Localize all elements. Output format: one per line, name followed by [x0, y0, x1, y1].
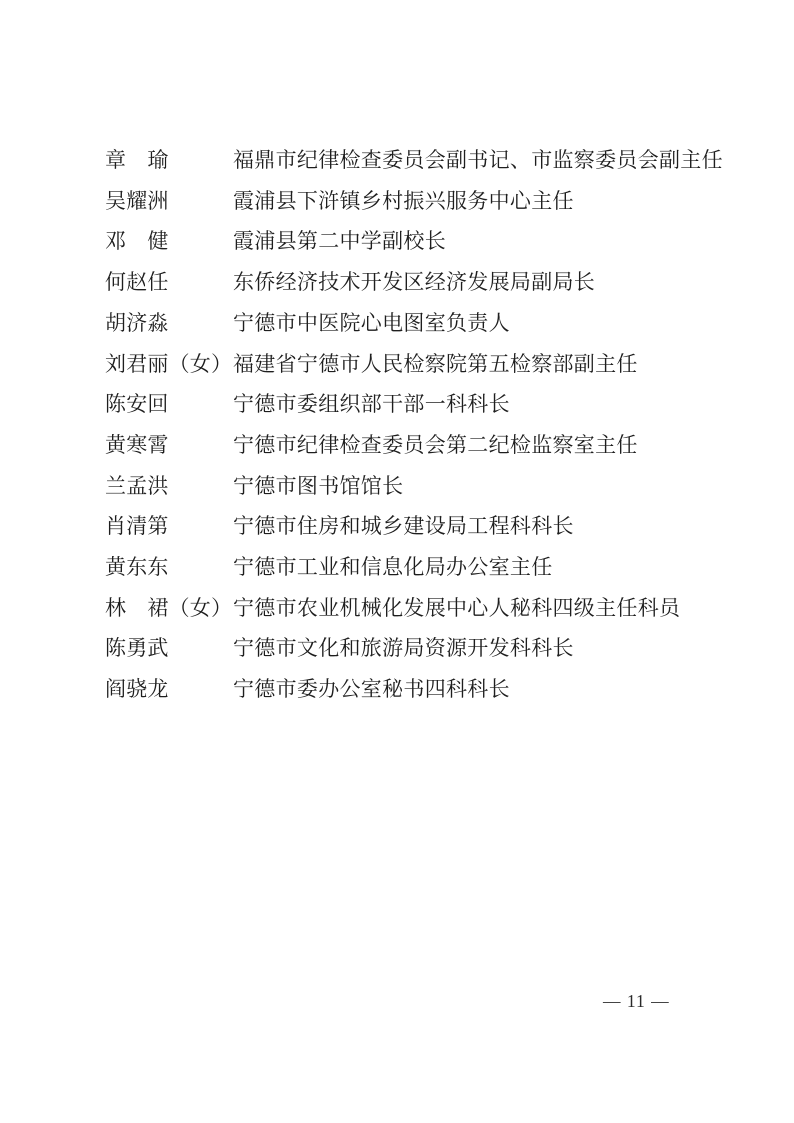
roster-row: 黄寒霄 宁德市纪律检查委员会第二纪检监察室主任: [105, 425, 725, 466]
person-name: 兰孟洪: [105, 466, 233, 507]
roster-list: 章 瑜 福鼎市纪律检查委员会副书记、市监察委员会副主任 吴耀洲 霞浦县下浒镇乡村…: [105, 140, 725, 710]
roster-row: 陈安回 宁德市委组织部干部一科科长: [105, 384, 725, 425]
document-page: 章 瑜 福鼎市纪律检查委员会副书记、市监察委员会副主任 吴耀洲 霞浦县下浒镇乡村…: [0, 0, 794, 1123]
roster-row: 黄东东 宁德市工业和信息化局办公室主任: [105, 547, 725, 588]
person-name: 肖清第: [105, 506, 233, 547]
person-title: 福鼎市纪律检查委员会副书记、市监察委员会副主任: [233, 140, 723, 181]
person-name: 林 裙（女）: [105, 588, 233, 629]
person-title: 霞浦县下浒镇乡村振兴服务中心主任: [233, 181, 574, 222]
person-name: 邓 健: [105, 221, 233, 262]
person-name: 黄东东: [105, 547, 233, 588]
person-title: 宁德市委办公室秘书四科科长: [233, 669, 510, 710]
person-name: 阎骁龙: [105, 669, 233, 710]
roster-row: 胡济淼 宁德市中医院心电图室负责人: [105, 303, 725, 344]
roster-row: 肖清第 宁德市住房和城乡建设局工程科科长: [105, 506, 725, 547]
person-title: 宁德市中医院心电图室负责人: [233, 303, 510, 344]
person-name: 陈安回: [105, 384, 233, 425]
roster-row: 林 裙（女） 宁德市农业机械化发展中心人秘科四级主任科员: [105, 588, 725, 629]
person-name: 胡济淼: [105, 303, 233, 344]
person-title: 宁德市委组织部干部一科科长: [233, 384, 510, 425]
roster-row: 邓 健 霞浦县第二中学副校长: [105, 221, 725, 262]
person-name: 章 瑜: [105, 140, 233, 181]
person-title: 宁德市纪律检查委员会第二纪检监察室主任: [233, 425, 638, 466]
page-number: — 11 —: [603, 991, 670, 1012]
person-name: 刘君丽（女）: [105, 344, 233, 385]
roster-row: 刘君丽（女） 福建省宁德市人民检察院第五检察部副主任: [105, 344, 725, 385]
roster-row: 陈勇武 宁德市文化和旅游局资源开发科科长: [105, 628, 725, 669]
person-title: 霞浦县第二中学副校长: [233, 221, 446, 262]
person-title: 宁德市图书馆馆长: [233, 466, 403, 507]
person-title: 宁德市文化和旅游局资源开发科科长: [233, 628, 574, 669]
roster-row: 吴耀洲 霞浦县下浒镇乡村振兴服务中心主任: [105, 181, 725, 222]
person-title: 宁德市工业和信息化局办公室主任: [233, 547, 553, 588]
roster-row: 阎骁龙 宁德市委办公室秘书四科科长: [105, 669, 725, 710]
roster-row: 章 瑜 福鼎市纪律检查委员会副书记、市监察委员会副主任: [105, 140, 725, 181]
person-title: 福建省宁德市人民检察院第五检察部副主任: [233, 344, 638, 385]
person-name: 吴耀洲: [105, 181, 233, 222]
roster-row: 兰孟洪 宁德市图书馆馆长: [105, 466, 725, 507]
person-name: 黄寒霄: [105, 425, 233, 466]
person-title: 东侨经济技术开发区经济发展局副局长: [233, 262, 595, 303]
person-name: 陈勇武: [105, 628, 233, 669]
person-name: 何赵任: [105, 262, 233, 303]
roster-row: 何赵任 东侨经济技术开发区经济发展局副局长: [105, 262, 725, 303]
person-title: 宁德市农业机械化发展中心人秘科四级主任科员: [233, 588, 680, 629]
person-title: 宁德市住房和城乡建设局工程科科长: [233, 506, 574, 547]
